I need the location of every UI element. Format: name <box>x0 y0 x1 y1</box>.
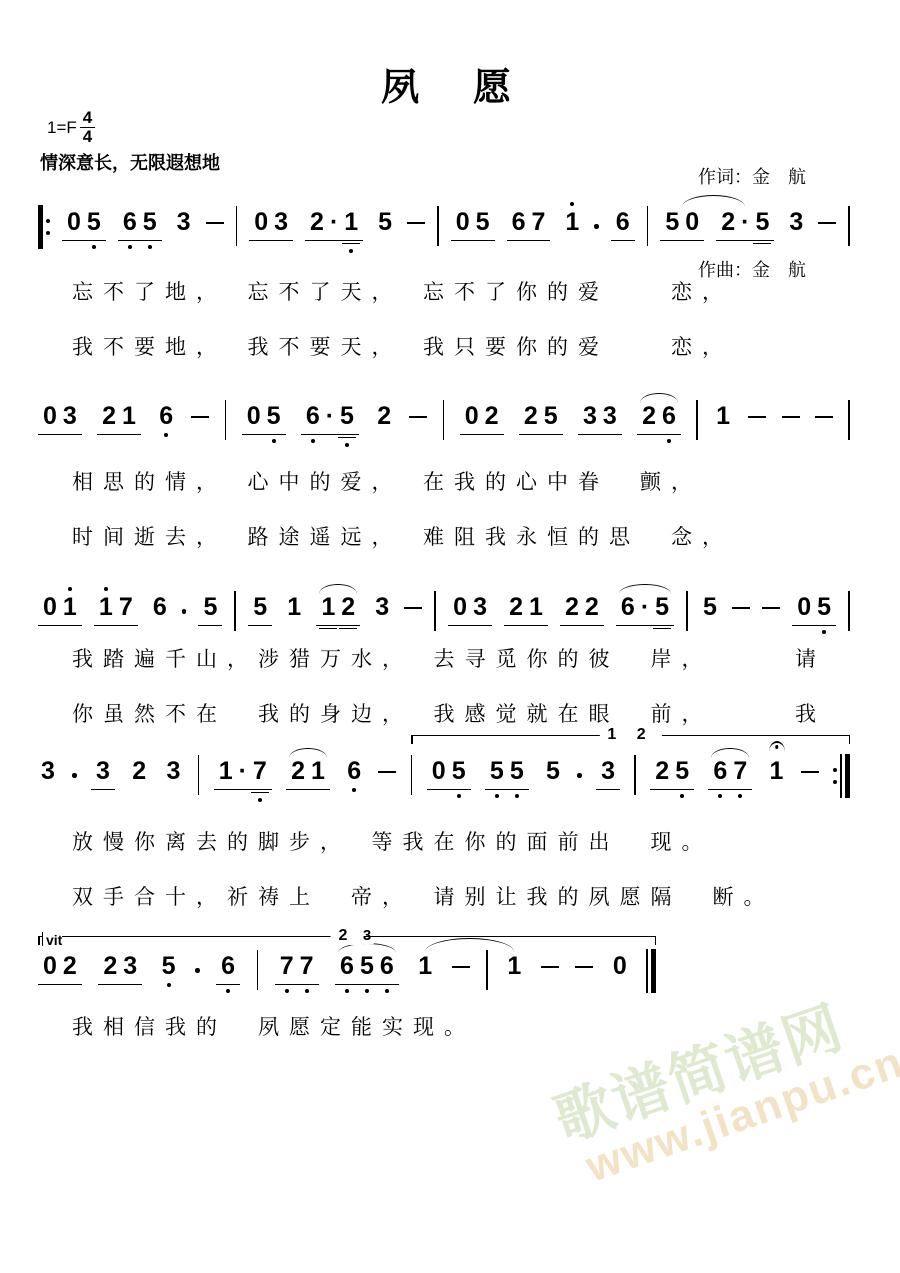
jianpu-note: 2 <box>521 402 541 431</box>
jianpu-note: 7 <box>528 208 548 237</box>
barline <box>686 591 688 631</box>
notation-mark <box>411 735 413 744</box>
notation-mark: 5 <box>752 208 772 236</box>
beamed-note-group: 77 <box>275 952 319 985</box>
notation-mark: · <box>323 402 337 430</box>
notation-mark: 5 <box>541 402 561 430</box>
low-octave-dot <box>285 989 289 993</box>
notation-mark: 3 <box>580 402 600 430</box>
notation-mark: 0 <box>40 402 60 430</box>
notation-mark <box>38 936 40 945</box>
notation-mark: 2 <box>338 593 358 621</box>
jianpu-note: 1 <box>562 208 582 237</box>
low-octave-dot <box>457 794 461 798</box>
notation-mark: 3 <box>60 402 80 430</box>
beamed-note-group: 6·5 <box>616 593 674 626</box>
barline <box>848 206 850 246</box>
meter-denominator: 4 <box>80 128 95 145</box>
notation-mark: 0 <box>429 757 449 785</box>
notation-mark: 1 <box>504 952 524 980</box>
jianpu-note: 1 <box>96 593 116 622</box>
jianpu-note: 2 <box>652 757 672 786</box>
notation-mark: · <box>327 208 341 236</box>
jianpu-note: 5 <box>541 402 561 431</box>
notation-mark: 1 <box>284 593 304 621</box>
notation-mark <box>646 949 648 993</box>
notation-mark: 1 <box>119 402 139 430</box>
beamed-note-group: 01 <box>38 593 82 626</box>
jianpu-note: 0 <box>40 402 60 431</box>
notation-mark: 6 <box>303 402 323 430</box>
sixteenth-underline <box>319 628 337 630</box>
notation-mark: 6 <box>120 208 140 236</box>
barline <box>848 400 850 440</box>
slur-arc <box>289 748 327 758</box>
notation-mark: 5 <box>357 952 377 980</box>
beamed-note-group: 02 <box>460 402 504 435</box>
beamed-note-group: 21 <box>286 757 330 790</box>
beamed-note-group: 5 <box>198 593 222 626</box>
notation-mark: 2 <box>60 952 80 980</box>
jianpu-note: 2 <box>100 952 120 981</box>
notation-mark <box>651 949 656 993</box>
low-octave-dot <box>738 794 742 798</box>
beamed-note-group: 12 <box>316 593 360 626</box>
notation-mark: 6 <box>710 757 730 785</box>
duration-dash <box>452 966 470 968</box>
beamed-note-group: 26 <box>637 402 681 435</box>
beamed-note-group: 05 <box>792 593 836 626</box>
notation-mark: 0 <box>450 593 470 621</box>
jianpu-note: 0 <box>682 208 702 237</box>
jianpu-note: 3 <box>38 757 58 786</box>
time-signature: 4 4 <box>80 110 95 145</box>
jianpu-note: 6 <box>659 402 679 431</box>
low-octave-dot <box>365 989 369 993</box>
beamed-note-group: 5 <box>248 593 272 626</box>
low-octave-dot <box>345 989 349 993</box>
jianpu-note: 2 <box>506 593 526 622</box>
sixteenth-underline <box>653 628 671 630</box>
lyrics-line-3-verse1: 我踏遍千山，涉猎万水， 去寻觅你的彼 岸， 请 <box>72 643 826 673</box>
jianpu-note: 5 <box>159 952 179 981</box>
low-octave-dot <box>164 433 168 437</box>
notation-mark: 5 <box>672 757 692 785</box>
low-octave-dot <box>515 794 519 798</box>
jianpu-note: 2 <box>718 208 738 237</box>
low-octave-dot <box>718 794 722 798</box>
beamed-note-group: 21 <box>97 402 141 435</box>
jianpu-note: 6 <box>618 593 638 622</box>
notation-mark <box>840 754 842 798</box>
low-octave-dot <box>822 630 826 634</box>
lyricist-credit: 作词：金 航 <box>698 162 806 193</box>
jianpu-note: 5 <box>700 593 720 622</box>
jianpu-note: 5 <box>672 757 692 786</box>
beamed-note-group: 1·7 <box>214 757 272 790</box>
jianpu-note: 5 <box>543 757 563 786</box>
notation-mark <box>46 231 50 235</box>
beamed-note-group: 6 <box>611 208 635 241</box>
barline <box>257 950 259 990</box>
jianpu-note: 5 <box>250 593 270 622</box>
notation-mark: 2 <box>129 757 149 785</box>
notation-mark: 6 <box>156 402 176 430</box>
jianpu-note: 6 <box>710 757 730 786</box>
jianpu-note: 6 <box>613 208 633 237</box>
notation-mark: 3 <box>93 757 113 785</box>
barline <box>234 591 236 631</box>
beamed-note-group: 25 <box>519 402 563 435</box>
jianpu-note: 5 <box>375 208 395 237</box>
sixteenth-underline <box>753 243 771 245</box>
low-octave-dot <box>272 439 276 443</box>
notation-mark: 3 <box>598 757 618 785</box>
duration-dash <box>404 607 422 609</box>
notation-mark: 7 <box>116 593 136 621</box>
jianpu-note: 1 <box>216 757 236 786</box>
jianpu-note: 2 <box>99 402 119 431</box>
beamed-note-group: 65 <box>118 208 162 241</box>
beamed-note-group: 25 <box>650 757 694 790</box>
barline <box>443 400 445 440</box>
notation-mark: 2 <box>307 208 327 236</box>
notation-row: 05653032·15056716502·53 <box>38 208 850 254</box>
beamed-note-group: 55 <box>485 757 529 790</box>
notation-mark: 5 <box>473 208 493 236</box>
jianpu-note: 1 <box>415 952 435 981</box>
jianpu-note: · <box>323 402 337 431</box>
volta-bracket: 1 2 <box>411 735 850 746</box>
tempo-marking: 情深意长，无限遐想地 <box>40 149 220 175</box>
jianpu-note: 6 <box>120 208 140 237</box>
music-system-4: 33231·7216055553256711 2 <box>38 757 850 803</box>
jianpu-note: 0 <box>244 402 264 431</box>
notation-mark: 1 <box>318 593 338 621</box>
barline <box>437 206 439 246</box>
beamed-note-group: 33 <box>578 402 622 435</box>
notation-mark: 5 <box>543 757 563 785</box>
low-octave-dot <box>311 439 315 443</box>
notation-mark: 2 <box>482 402 502 430</box>
jianpu-note: 3 <box>470 593 490 622</box>
jianpu-note: 0 <box>794 593 814 622</box>
jianpu-note: 0 <box>453 208 473 237</box>
duration-dash <box>801 771 819 773</box>
notation-mark: 3 <box>271 208 291 236</box>
notation-mark: 5 <box>375 208 395 236</box>
notation-mark: 2 <box>582 593 602 621</box>
duration-dash <box>541 966 559 968</box>
notation-mark: 0 <box>682 208 702 236</box>
jianpu-note: · <box>236 757 250 786</box>
jianpu-note: 5 <box>507 757 527 786</box>
jianpu-note: 1 <box>60 593 80 622</box>
notation-mark: 5 <box>264 402 284 430</box>
sixteenth-underline <box>339 628 357 630</box>
beamed-note-group: 6·5 <box>301 402 359 435</box>
beamed-note-group: 03 <box>38 402 82 435</box>
jianpu-note: 2 <box>482 402 502 431</box>
beamed-note-group: 05 <box>242 402 286 435</box>
jianpu-note: 3 <box>786 208 806 237</box>
high-octave-dot <box>68 587 72 591</box>
notation-mark: 3 <box>163 757 183 785</box>
notation-mark: 3 <box>372 593 392 621</box>
jianpu-note: 3 <box>271 208 291 237</box>
low-octave-dot <box>128 245 132 249</box>
notation-mark: 3 <box>174 208 194 236</box>
notation-mark: 2 <box>100 952 120 980</box>
beamed-note-group: 6 <box>216 952 240 985</box>
notation-row: 03216056·52022533261 <box>38 402 850 448</box>
notation-mark: 2 <box>99 402 119 430</box>
notation-mark: 5 <box>814 593 834 621</box>
notation-mark: 6 <box>613 208 633 236</box>
music-system-2: 03216056·52022533261 <box>38 402 850 448</box>
jianpu-note: 3 <box>598 757 618 786</box>
beamed-note-group: 03 <box>448 593 492 626</box>
notation-mark: 5 <box>507 757 527 785</box>
jianpu-note: 2 <box>582 593 602 622</box>
jianpu-note: 5 <box>84 208 104 237</box>
notation-mark <box>833 780 837 784</box>
jianpu-note: 1 <box>713 402 733 431</box>
notation-mark <box>655 936 657 945</box>
sixteenth-underline <box>342 243 360 245</box>
low-octave-dot <box>349 249 353 253</box>
low-octave-dot <box>495 794 499 798</box>
lyrics-line-4-verse2: 双手合十，祈祷上 帝， 请别让我的夙愿隔 断。 <box>72 881 775 911</box>
music-system-3: 011765511230321226·5505 <box>38 593 850 639</box>
jianpu-note: 1 <box>119 402 139 431</box>
jianpu-note: 2 <box>639 402 659 431</box>
volta-label: 2 <box>331 927 364 945</box>
repeat-begin-barline <box>38 205 50 249</box>
jianpu-note: 3 <box>600 402 620 431</box>
key-signature: 1=F 4 4 <box>47 110 95 145</box>
notation-mark: 2 <box>521 402 541 430</box>
beamed-note-group: 05 <box>451 208 495 241</box>
low-octave-dot <box>385 989 389 993</box>
low-octave-dot <box>305 989 309 993</box>
dotted-note-dot <box>72 773 77 778</box>
lyrics-line-3-verse2: 你虽然不在 我的身边， 我感觉就在眼 前， 我 <box>72 698 826 728</box>
jianpu-note: 1 <box>308 757 328 786</box>
notation-mark: 2 <box>639 402 659 430</box>
barline <box>647 206 649 246</box>
watermark-site-url: www.jianpu.cn <box>567 1037 900 1197</box>
watermark: 歌谱简谱网 www.jianpu.cn <box>542 965 900 1197</box>
sheet-music-page: 夙 愿 作词：金 航 作曲：金 航 1=F 4 4 情深意长，无限遐想地 056… <box>0 0 900 1273</box>
slur-arc <box>711 748 749 758</box>
duration-dash <box>762 607 780 609</box>
notation-mark: 5 <box>652 593 672 621</box>
barline <box>634 755 636 795</box>
duration-dash <box>407 222 425 224</box>
jianpu-note: 5 <box>264 402 284 431</box>
barline <box>434 591 436 631</box>
repeat-dots <box>833 756 837 796</box>
notation-mark: 2 <box>288 757 308 785</box>
duration-dash <box>815 416 833 418</box>
beamed-note-group: 02 <box>38 952 82 985</box>
notation-mark: 1 <box>415 952 435 980</box>
notation-mark: 0 <box>40 952 60 980</box>
jianpu-note: 6 <box>218 952 238 981</box>
jianpu-note: 3 <box>174 208 194 237</box>
dotted-note-dot <box>195 968 200 973</box>
jianpu-note: 1 <box>767 757 787 786</box>
jianpu-note: 6 <box>303 402 323 431</box>
jianpu-note: 1 <box>341 208 361 237</box>
jianpu-note: 5 <box>337 402 357 431</box>
music-system-5: 0223567765611032vit <box>38 952 656 998</box>
duration-dash <box>732 607 750 609</box>
notation-mark: 1 <box>216 757 236 785</box>
beamed-note-group: 3 <box>596 757 620 790</box>
repeat-end-barline <box>833 754 850 798</box>
notation-mark: · <box>236 757 250 785</box>
beamed-note-group: 03 <box>249 208 293 241</box>
notation-mark: 6 <box>337 952 357 980</box>
jianpu-note: 2 <box>288 757 308 786</box>
notation-mark: 2 <box>562 593 582 621</box>
notation-mark: 3 <box>786 208 806 236</box>
beamed-note-group: 50 <box>660 208 704 241</box>
jianpu-note: 6 <box>377 952 397 981</box>
low-octave-dot <box>226 989 230 993</box>
jianpu-note: 3 <box>163 757 183 786</box>
notation-mark: 0 <box>453 208 473 236</box>
lyrics-line-1-verse1: 忘不了地， 忘不了天， 忘不了你的爱 恋， <box>72 276 733 306</box>
notation-mark: 6 <box>618 593 638 621</box>
notation-mark: 1 <box>713 402 733 430</box>
notation-mark: 1 <box>767 757 787 785</box>
jianpu-note: 5 <box>752 208 772 237</box>
notation-mark: 5 <box>662 208 682 236</box>
jianpu-note: 5 <box>652 593 672 622</box>
jianpu-note: 5 <box>473 208 493 237</box>
notation-mark: 1 <box>562 208 582 236</box>
notation-mark: 0 <box>64 208 84 236</box>
jianpu-note: 1 <box>284 593 304 622</box>
beamed-note-group: 21 <box>504 593 548 626</box>
notation-mark: 5 <box>337 402 357 430</box>
duration-dash <box>191 416 209 418</box>
key-label: 1=F <box>47 118 77 138</box>
notation-mark: 5 <box>159 952 179 980</box>
beamed-note-group: 2·5 <box>716 208 774 241</box>
notation-mark <box>845 754 850 798</box>
jianpu-note: 0 <box>450 593 470 622</box>
duration-dash <box>378 771 396 773</box>
notation-mark: 5 <box>140 208 160 236</box>
notation-mark: 2 <box>374 402 394 430</box>
notation-mark: 3 <box>38 757 58 785</box>
repeat-dots <box>46 207 50 247</box>
jianpu-note: 3 <box>372 593 392 622</box>
low-octave-dot <box>667 439 671 443</box>
jianpu-note: 3 <box>120 952 140 981</box>
notation-mark: 1 <box>96 593 116 621</box>
jianpu-note: 6 <box>509 208 529 237</box>
barline <box>848 591 850 631</box>
notation-mark <box>833 768 837 772</box>
barline <box>198 755 200 795</box>
barline <box>225 400 227 440</box>
beamed-note-group: 656 <box>335 952 399 985</box>
notation-mark: · <box>638 593 652 621</box>
jianpu-note: · <box>638 593 652 622</box>
duration-dash <box>206 222 224 224</box>
jianpu-note: 2 <box>129 757 149 786</box>
notation-mark: 0 <box>244 402 264 430</box>
jianpu-note: 5 <box>814 593 834 622</box>
lyrics-line-2-verse2: 时间逝去， 路途遥远， 难阻我永恒的思 念， <box>72 521 733 551</box>
jianpu-note: 5 <box>449 757 469 786</box>
dotted-note-dot <box>577 773 582 778</box>
lyrics-line-2-verse1: 相思的情， 心中的爱， 在我的心中眷 颤， <box>72 466 702 496</box>
notation-mark: 0 <box>40 593 60 621</box>
notation-mark: 5 <box>487 757 507 785</box>
notation-mark: 3 <box>120 952 140 980</box>
beamed-note-group: 67 <box>507 208 551 241</box>
notation-row: 0223567765611032vit <box>38 952 656 998</box>
notation-mark: 3 <box>470 593 490 621</box>
notation-mark: 5 <box>449 757 469 785</box>
notation-mark: 6 <box>509 208 529 236</box>
barline <box>696 400 698 440</box>
notation-mark: 5 <box>250 593 270 621</box>
slur-arc <box>640 393 678 403</box>
meter-numerator: 4 <box>80 110 95 128</box>
low-octave-dot <box>148 245 152 249</box>
low-octave-dot <box>352 788 356 792</box>
notation-mark: · <box>738 208 752 236</box>
jianpu-note: 1 <box>318 593 338 622</box>
jianpu-note: 6 <box>156 402 176 431</box>
lyrics-line-5: 我相信我的 夙愿定能实现。 <box>72 1011 475 1041</box>
final-barline <box>646 949 656 993</box>
jianpu-note: 5 <box>140 208 160 237</box>
low-octave-dot <box>167 983 171 987</box>
jianpu-note: 0 <box>610 952 630 981</box>
jianpu-note: 5 <box>487 757 507 786</box>
notation-mark: 6 <box>218 952 238 980</box>
notation-mark <box>46 219 50 223</box>
notation-mark: 7 <box>297 952 317 980</box>
lyrics-line-1-verse2: 我不要地， 我不要天， 我只要你的爱 恋， <box>72 331 733 361</box>
jianpu-note: · <box>327 208 341 237</box>
jianpu-note: 7 <box>730 757 750 786</box>
beamed-note-group: 23 <box>98 952 142 985</box>
notation-mark: 7 <box>277 952 297 980</box>
jianpu-note: 6 <box>344 757 364 786</box>
duration-dash <box>409 416 427 418</box>
beamed-note-group: 05 <box>62 208 106 241</box>
notation-mark: 0 <box>794 593 814 621</box>
jianpu-note: 5 <box>200 593 220 622</box>
notation-mark: 7 <box>730 757 750 785</box>
jianpu-note: 2 <box>60 952 80 981</box>
beamed-note-group: 17 <box>94 593 138 626</box>
high-octave-dot <box>104 587 108 591</box>
beamed-note-group: 22 <box>560 593 604 626</box>
volta-bracket: 2 <box>38 936 656 947</box>
notation-mark: 6 <box>377 952 397 980</box>
jianpu-note: 7 <box>277 952 297 981</box>
